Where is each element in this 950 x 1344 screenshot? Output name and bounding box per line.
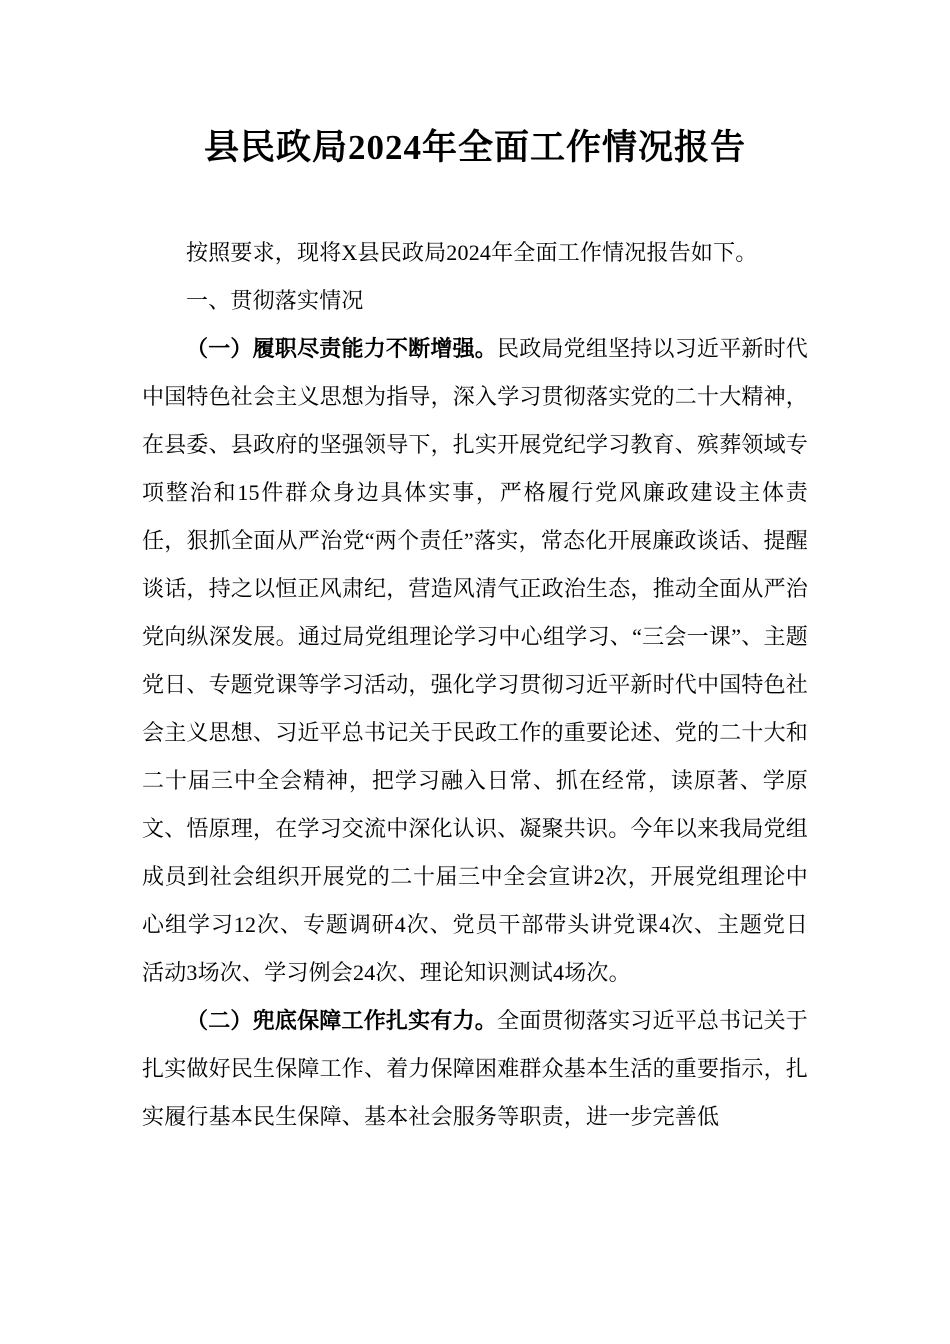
intro-paragraph: 按照要求，现将X县民政局2024年全面工作情况报告如下。 xyxy=(142,229,808,277)
section-heading: 一、贯彻落实情况 xyxy=(142,277,808,325)
document-title: 县民政局2024年全面工作情况报告 xyxy=(142,0,808,172)
document-content: 县民政局2024年全面工作情况报告 按照要求，现将X县民政局2024年全面工作情… xyxy=(142,0,808,1141)
paragraph-2: （二）兜底保障工作扎实有力。全面贯彻落实习近平总书记关于扎实做好民生保障工作、着… xyxy=(142,997,808,1141)
paragraph-2-lead: （二）兜底保障工作扎实有力。 xyxy=(186,1008,497,1033)
paragraph-1: （一）履职尽责能力不断增强。民政局党组坚持以习近平新时代中国特色社会主义思想为指… xyxy=(142,325,808,997)
paragraph-1-text: 民政局党组坚持以习近平新时代中国特色社会主义思想为指导，深入学习贯彻落实党的二十… xyxy=(142,336,808,985)
paragraph-1-lead: （一）履职尽责能力不断增强。 xyxy=(186,336,497,361)
document-page: 县民政局2024年全面工作情况报告 按照要求，现将X县民政局2024年全面工作情… xyxy=(0,0,950,1344)
document-body: 按照要求，现将X县民政局2024年全面工作情况报告如下。 一、贯彻落实情况 （一… xyxy=(142,229,808,1141)
